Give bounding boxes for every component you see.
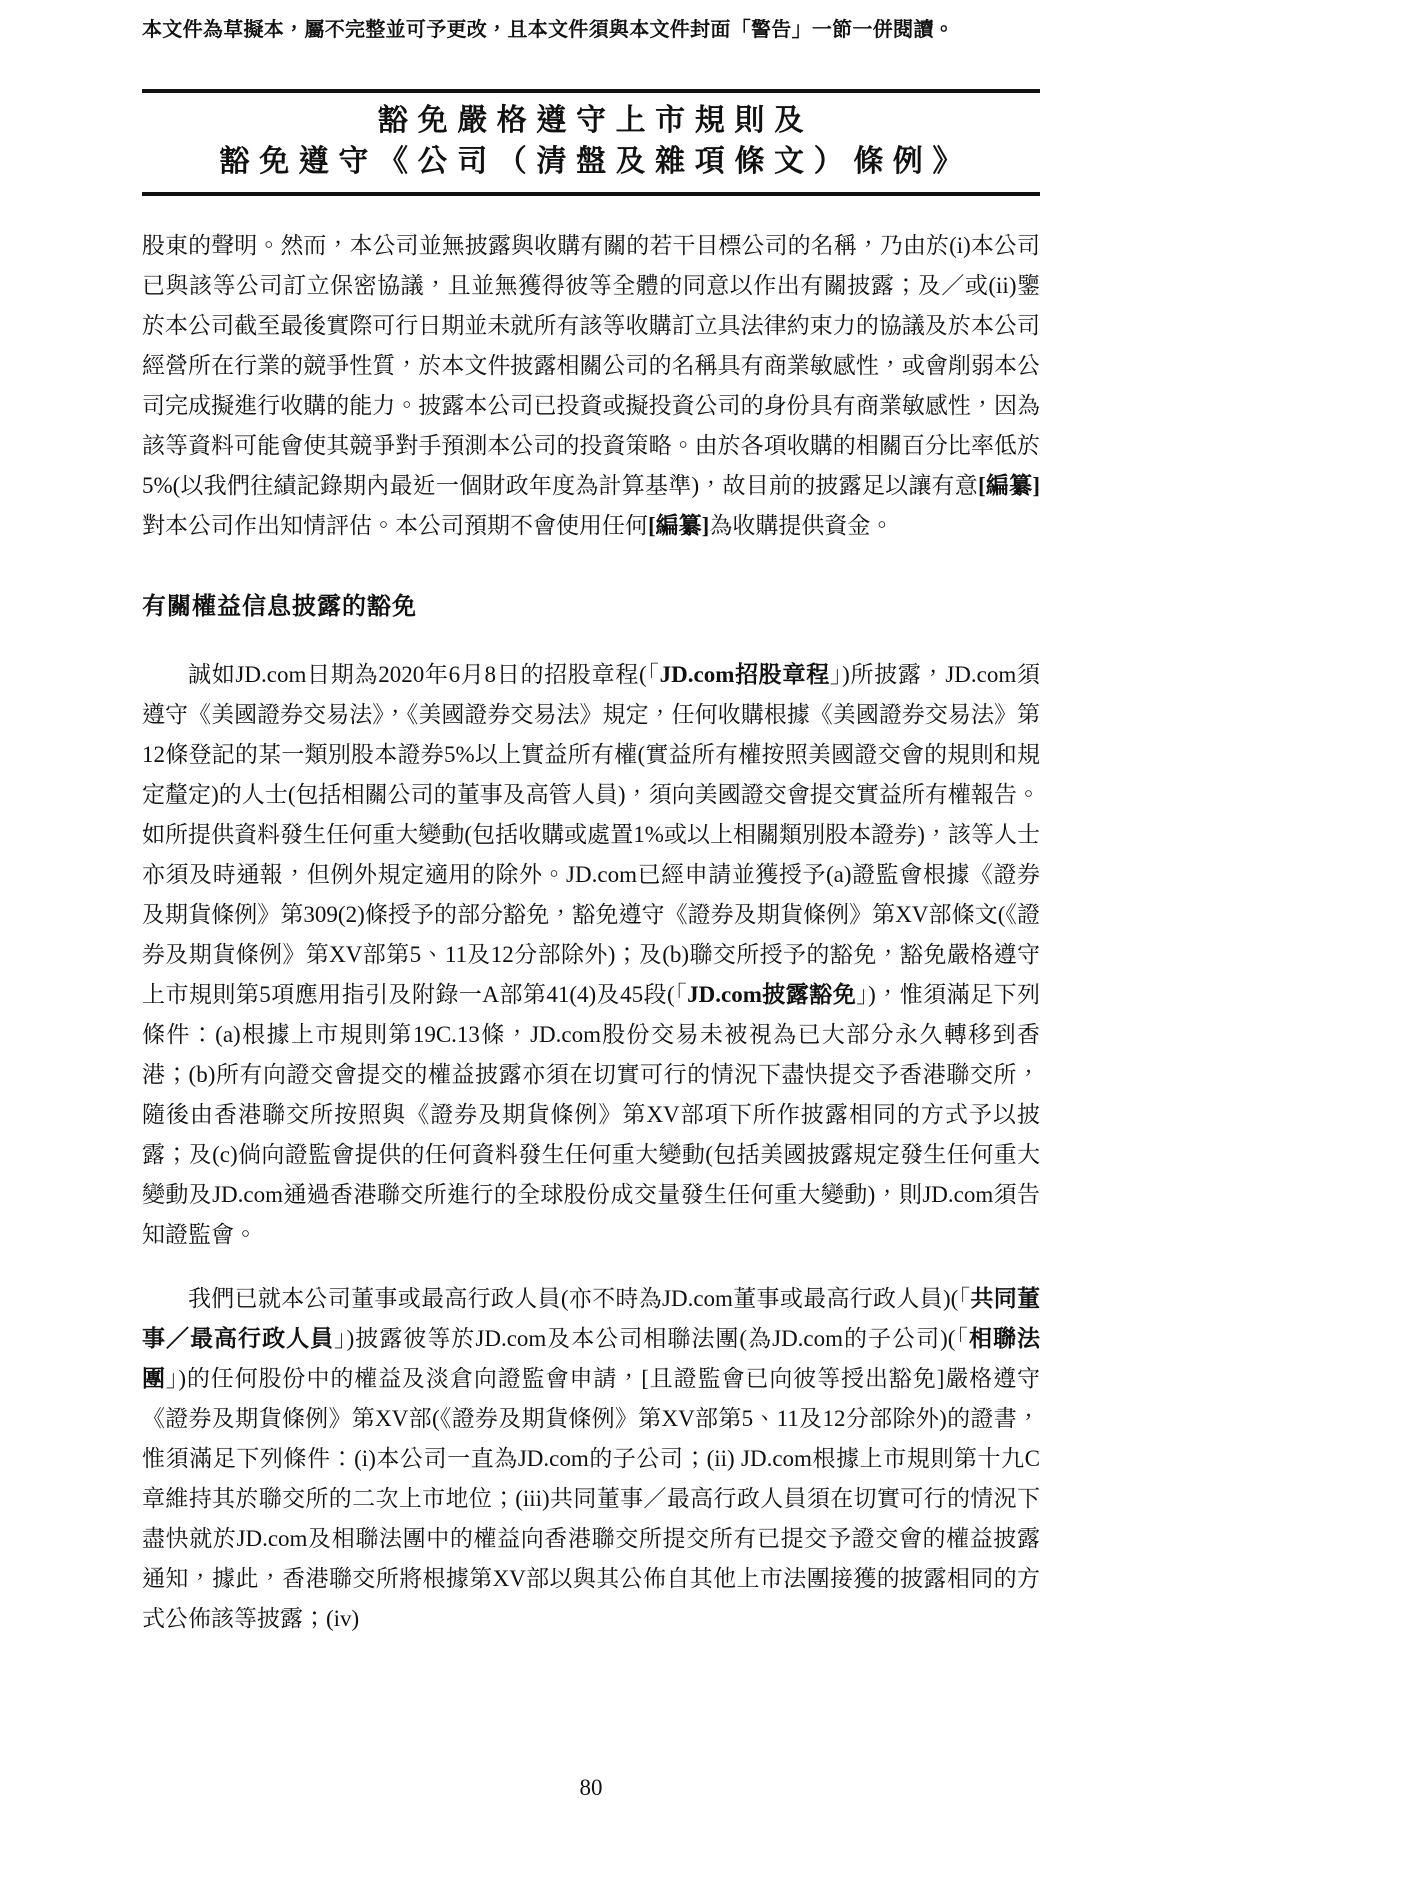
- subsection-heading-interest-disclosure-waiver: 有關權益信息披露的豁免: [142, 586, 1040, 621]
- document-page: 本文件為草擬本，屬不完整並可予更改，且本文件須與本文件封面「警告」一節一併閱讀。…: [0, 0, 1411, 1881]
- paragraph-joint-directors-waiver: 我們已就本公司董事或最高行政人員(亦不時為JD.com董事或最高行政人員)(「共…: [142, 1279, 1040, 1639]
- section-title-block: 豁免嚴格遵守上市規則及 豁免遵守《公司（清盤及雜項條文）條例》: [142, 89, 1040, 196]
- section-title-line-1: 豁免嚴格遵守上市規則及: [142, 100, 1040, 141]
- section-title-line-2: 豁免遵守《公司（清盤及雜項條文）條例》: [142, 141, 1040, 182]
- page-number: 80: [142, 1775, 1040, 1801]
- paragraph-shareholder-statement: 股東的聲明。然而，本公司並無披露與收購有關的若干目標公司的名稱，乃由於(i)本公…: [142, 226, 1040, 546]
- paragraph-jdcom-disclosure-waiver: 誠如JD.com日期為2020年6月8日的招股章程(「JD.com招股章程」)所…: [142, 655, 1040, 1255]
- section-title: 豁免嚴格遵守上市規則及 豁免遵守《公司（清盤及雜項條文）條例》: [142, 93, 1040, 192]
- draft-disclaimer-text: 本文件為草擬本，屬不完整並可予更改，且本文件須與本文件封面「警告」一節一併閱讀。: [142, 0, 1040, 42]
- text-column: 本文件為草擬本，屬不完整並可予更改，且本文件須與本文件封面「警告」一節一併閱讀。…: [142, 0, 1040, 1639]
- title-rule-bottom: [142, 192, 1040, 196]
